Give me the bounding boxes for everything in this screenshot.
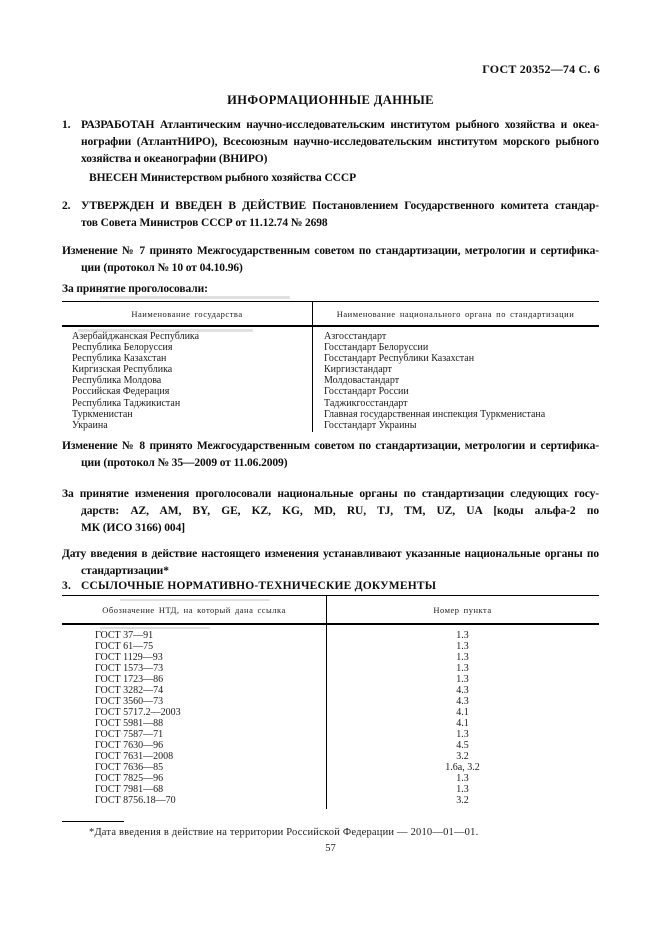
vote-table-row: Российская ФедерацияГосстандарт России (62, 386, 599, 397)
agency-name-cell: Госстандарт Украины (312, 420, 599, 431)
clause-cell: 1.3 (326, 641, 599, 652)
state-name-cell: Республика Молдова (62, 375, 312, 386)
paragraph-submitted: ВНЕСЕН Министерством рыбного хозяйства С… (62, 170, 599, 187)
ref-table-row: ГОСТ 1573—731.3 (62, 663, 599, 674)
item-number: 1. (62, 117, 70, 134)
ntd-cell: ГОСТ 7825—96 (62, 773, 326, 784)
state-name-cell: Киргизская Республика (62, 364, 312, 375)
ntd-cell: ГОСТ 5717.2—2003 (62, 707, 326, 718)
ntd-cell: ГОСТ 1573—73 (62, 663, 326, 674)
state-name-cell: Республика Казахстан (62, 353, 312, 364)
document-page: ГОСТ 20352—74 С. 6 ИНФОРМАЦИОННЫЕ ДАННЫЕ… (0, 0, 661, 945)
state-column-header: Наименование государства (62, 309, 312, 319)
paragraph-line: ВНЕСЕН Министерством рыбного хозяйства С… (89, 170, 599, 187)
state-name-cell: Российская Федерация (62, 386, 312, 397)
clause-cell: 1.3 (326, 630, 599, 641)
table-column-divider (326, 596, 327, 809)
agency-name-cell: Молдовастандарт (312, 375, 599, 386)
paragraph-line: Изменение № 8 принято Межгосударственным… (62, 438, 599, 455)
paragraph-line: ции (протокол № 10 от 04.10.96) (81, 260, 599, 277)
clause-cell: 1.6а, 3.2 (326, 762, 599, 773)
state-name-cell: Украина (62, 420, 312, 431)
ref-table-row: ГОСТ 7630—964.5 (62, 740, 599, 751)
ref-table-row: ГОСТ 7587—711.3 (62, 729, 599, 740)
agency-name-cell: Госстандарт Республики Казахстан (312, 353, 599, 364)
ref-table-row: ГОСТ 3560—734.3 (62, 696, 599, 707)
vote-table-row: Республика ТаджикистанТаджикгосстандарт (62, 398, 599, 409)
vote-table-row: УкраинаГосстандарт Украины (62, 420, 599, 431)
ntd-cell: ГОСТ 61—75 (62, 641, 326, 652)
clause-cell: 4.1 (326, 718, 599, 729)
ntd-cell: ГОСТ 7981—68 (62, 784, 326, 795)
ntd-cell: ГОСТ 1129—93 (62, 652, 326, 663)
clause-cell: 3.2 (326, 751, 599, 762)
ntd-cell: ГОСТ 8756.18—70 (62, 795, 326, 806)
paragraph-line: нографии (АтлантНИРО), Всесоюзным научно… (81, 134, 599, 151)
reference-table-body: ГОСТ 37—911.3 ГОСТ 61—751.3 ГОСТ 1129—93… (62, 625, 599, 809)
clause-cell: 1.3 (326, 663, 599, 674)
state-name-cell: Туркменистан (62, 409, 312, 420)
clause-cell: 4.3 (326, 696, 599, 707)
clause-cell: 4.1 (326, 707, 599, 718)
paragraph-approved: 2. УТВЕРЖДЕН И ВВЕДЕН В ДЕЙСТВИЕ Постано… (62, 198, 599, 232)
reference-table: Обозначение НТД, на который дана ссылка … (62, 595, 599, 809)
ntd-cell: ГОСТ 7630—96 (62, 740, 326, 751)
ntd-cell: ГОСТ 1723—86 (62, 674, 326, 685)
page-number: 57 (62, 843, 599, 854)
paragraph-line: тов Совета Министров СССР от 11.12.74 № … (81, 215, 599, 232)
vote-table-row: Киргизская РеспубликаКиргизстандарт (62, 364, 599, 375)
item-number: 3. (62, 578, 71, 595)
ntd-cell: ГОСТ 5981—88 (62, 718, 326, 729)
ntd-cell: ГОСТ 3282—74 (62, 685, 326, 696)
vote-table-row: ТуркменистанГлавная государственная инсп… (62, 409, 599, 420)
paragraph-amendment-8: Изменение № 8 принято Межгосударственным… (62, 438, 599, 472)
agency-name-cell: Азгосстандарт (312, 331, 599, 342)
ref-table-row: ГОСТ 5981—884.1 (62, 718, 599, 729)
ref-table-row: ГОСТ 61—751.3 (62, 641, 599, 652)
section-title: ССЫЛОЧНЫЕ НОРМАТИВНО-ТЕХНИЧЕСКИЕ ДОКУМЕН… (81, 578, 599, 595)
state-name-cell: Азербайджанская Республика (62, 331, 312, 342)
table-column-divider (312, 302, 313, 432)
clause-cell: 1.3 (326, 674, 599, 685)
paragraph-line: Дату введения в действие настоящего изме… (62, 546, 599, 563)
paragraph-line: ции (протокол № 35—2009 от 11.06.2009) (81, 455, 599, 472)
ntd-cell: ГОСТ 7631—2008 (62, 751, 326, 762)
ref-table-row: ГОСТ 3282—744.3 (62, 685, 599, 696)
vote-table-row: Республика КазахстанГосстандарт Республи… (62, 353, 599, 364)
ntd-cell: ГОСТ 37—91 (62, 630, 326, 641)
paragraph-line: Изменение № 7 принято Межгосударственным… (62, 243, 599, 260)
agency-column-header: Наименование национального органа по ста… (312, 309, 599, 319)
paragraph-intro-date: Дату введения в действие настоящего изме… (62, 546, 599, 580)
state-name-cell: Республика Белоруссия (62, 342, 312, 353)
paragraph-line: УТВЕРЖДЕН И ВВЕДЕН В ДЕЙСТВИЕ Постановле… (81, 198, 599, 215)
paragraph-developed: 1. РАЗРАБОТАН Атлантическим научно-иссле… (62, 117, 599, 168)
ntd-column-header: Обозначение НТД, на который дана ссылка (62, 605, 326, 615)
vote-table-row: Республика МолдоваМолдовастандарт (62, 375, 599, 386)
ref-table-row: ГОСТ 1723—861.3 (62, 674, 599, 685)
paragraph-amendment-7: Изменение № 7 принято Межгосударственным… (62, 243, 599, 277)
footnote-rule (62, 821, 124, 822)
agency-name-cell: Госстандарт России (312, 386, 599, 397)
clause-column-header: Номер пункта (326, 605, 599, 615)
ref-table-row: ГОСТ 1129—931.3 (62, 652, 599, 663)
ref-table-row: ГОСТ 7981—681.3 (62, 784, 599, 795)
ref-table-row: ГОСТ 8756.18—703.2 (62, 795, 599, 806)
running-header: ГОСТ 20352—74 С. 6 (482, 62, 600, 77)
vote-table-row: Республика БелоруссияГосстандарт Белорус… (62, 342, 599, 353)
paragraph-line: дарств: AZ, AM, BY, GE, KZ, KG, MD, RU, … (81, 503, 599, 520)
paragraph-line: МК (ИСО 3166) 004] (81, 520, 599, 537)
paragraph-line: хозяйства и океанографии (ВНИРО) (81, 151, 599, 168)
vote-table: Наименование государства Наименование на… (62, 301, 599, 432)
vote-table-body: Азербайджанская РеспубликаАзгосстандарт … (62, 327, 599, 434)
agency-name-cell: Госстандарт Белоруссии (312, 342, 599, 353)
clause-cell: 4.3 (326, 685, 599, 696)
vote-table-row: Азербайджанская РеспубликаАзгосстандарт (62, 331, 599, 342)
ref-table-row: ГОСТ 37—911.3 (62, 630, 599, 641)
ntd-cell: ГОСТ 7636—85 (62, 762, 326, 773)
page-title: ИНФОРМАЦИОННЫЕ ДАННЫЕ (62, 93, 599, 108)
paragraph-line: За принятие изменения проголосовали наци… (62, 486, 599, 503)
ntd-cell: ГОСТ 3560—73 (62, 696, 326, 707)
paragraph-line: РАЗРАБОТАН Атлантическим научно-исследов… (81, 117, 599, 134)
footnote: *Дата введения в действие на территории … (89, 827, 599, 838)
ref-table-row: ГОСТ 5717.2—20034.1 (62, 707, 599, 718)
state-name-cell: Республика Таджикистан (62, 398, 312, 409)
agency-name-cell: Таджикгосстандарт (312, 398, 599, 409)
reference-table-header: Обозначение НТД, на который дана ссылка … (62, 596, 599, 625)
section-3-heading: 3. ССЫЛОЧНЫЕ НОРМАТИВНО-ТЕХНИЧЕСКИЕ ДОКУ… (62, 578, 599, 595)
clause-cell: 1.3 (326, 784, 599, 795)
clause-cell: 1.3 (326, 773, 599, 784)
ref-table-row: ГОСТ 7631—20083.2 (62, 751, 599, 762)
clause-cell: 1.3 (326, 729, 599, 740)
agency-name-cell: Главная государственная инспекция Туркме… (312, 409, 599, 420)
ntd-cell: ГОСТ 7587—71 (62, 729, 326, 740)
scan-artifact (100, 296, 290, 299)
clause-cell: 3.2 (326, 795, 599, 806)
ref-table-row: ГОСТ 7825—961.3 (62, 773, 599, 784)
item-number: 2. (62, 198, 70, 215)
agency-name-cell: Киргизстандарт (312, 364, 599, 375)
ref-table-row: ГОСТ 7636—851.6а, 3.2 (62, 762, 599, 773)
paragraph-vote-8: За принятие изменения проголосовали наци… (62, 486, 599, 537)
clause-cell: 1.3 (326, 652, 599, 663)
clause-cell: 4.5 (326, 740, 599, 751)
vote-table-header: Наименование государства Наименование на… (62, 302, 599, 327)
